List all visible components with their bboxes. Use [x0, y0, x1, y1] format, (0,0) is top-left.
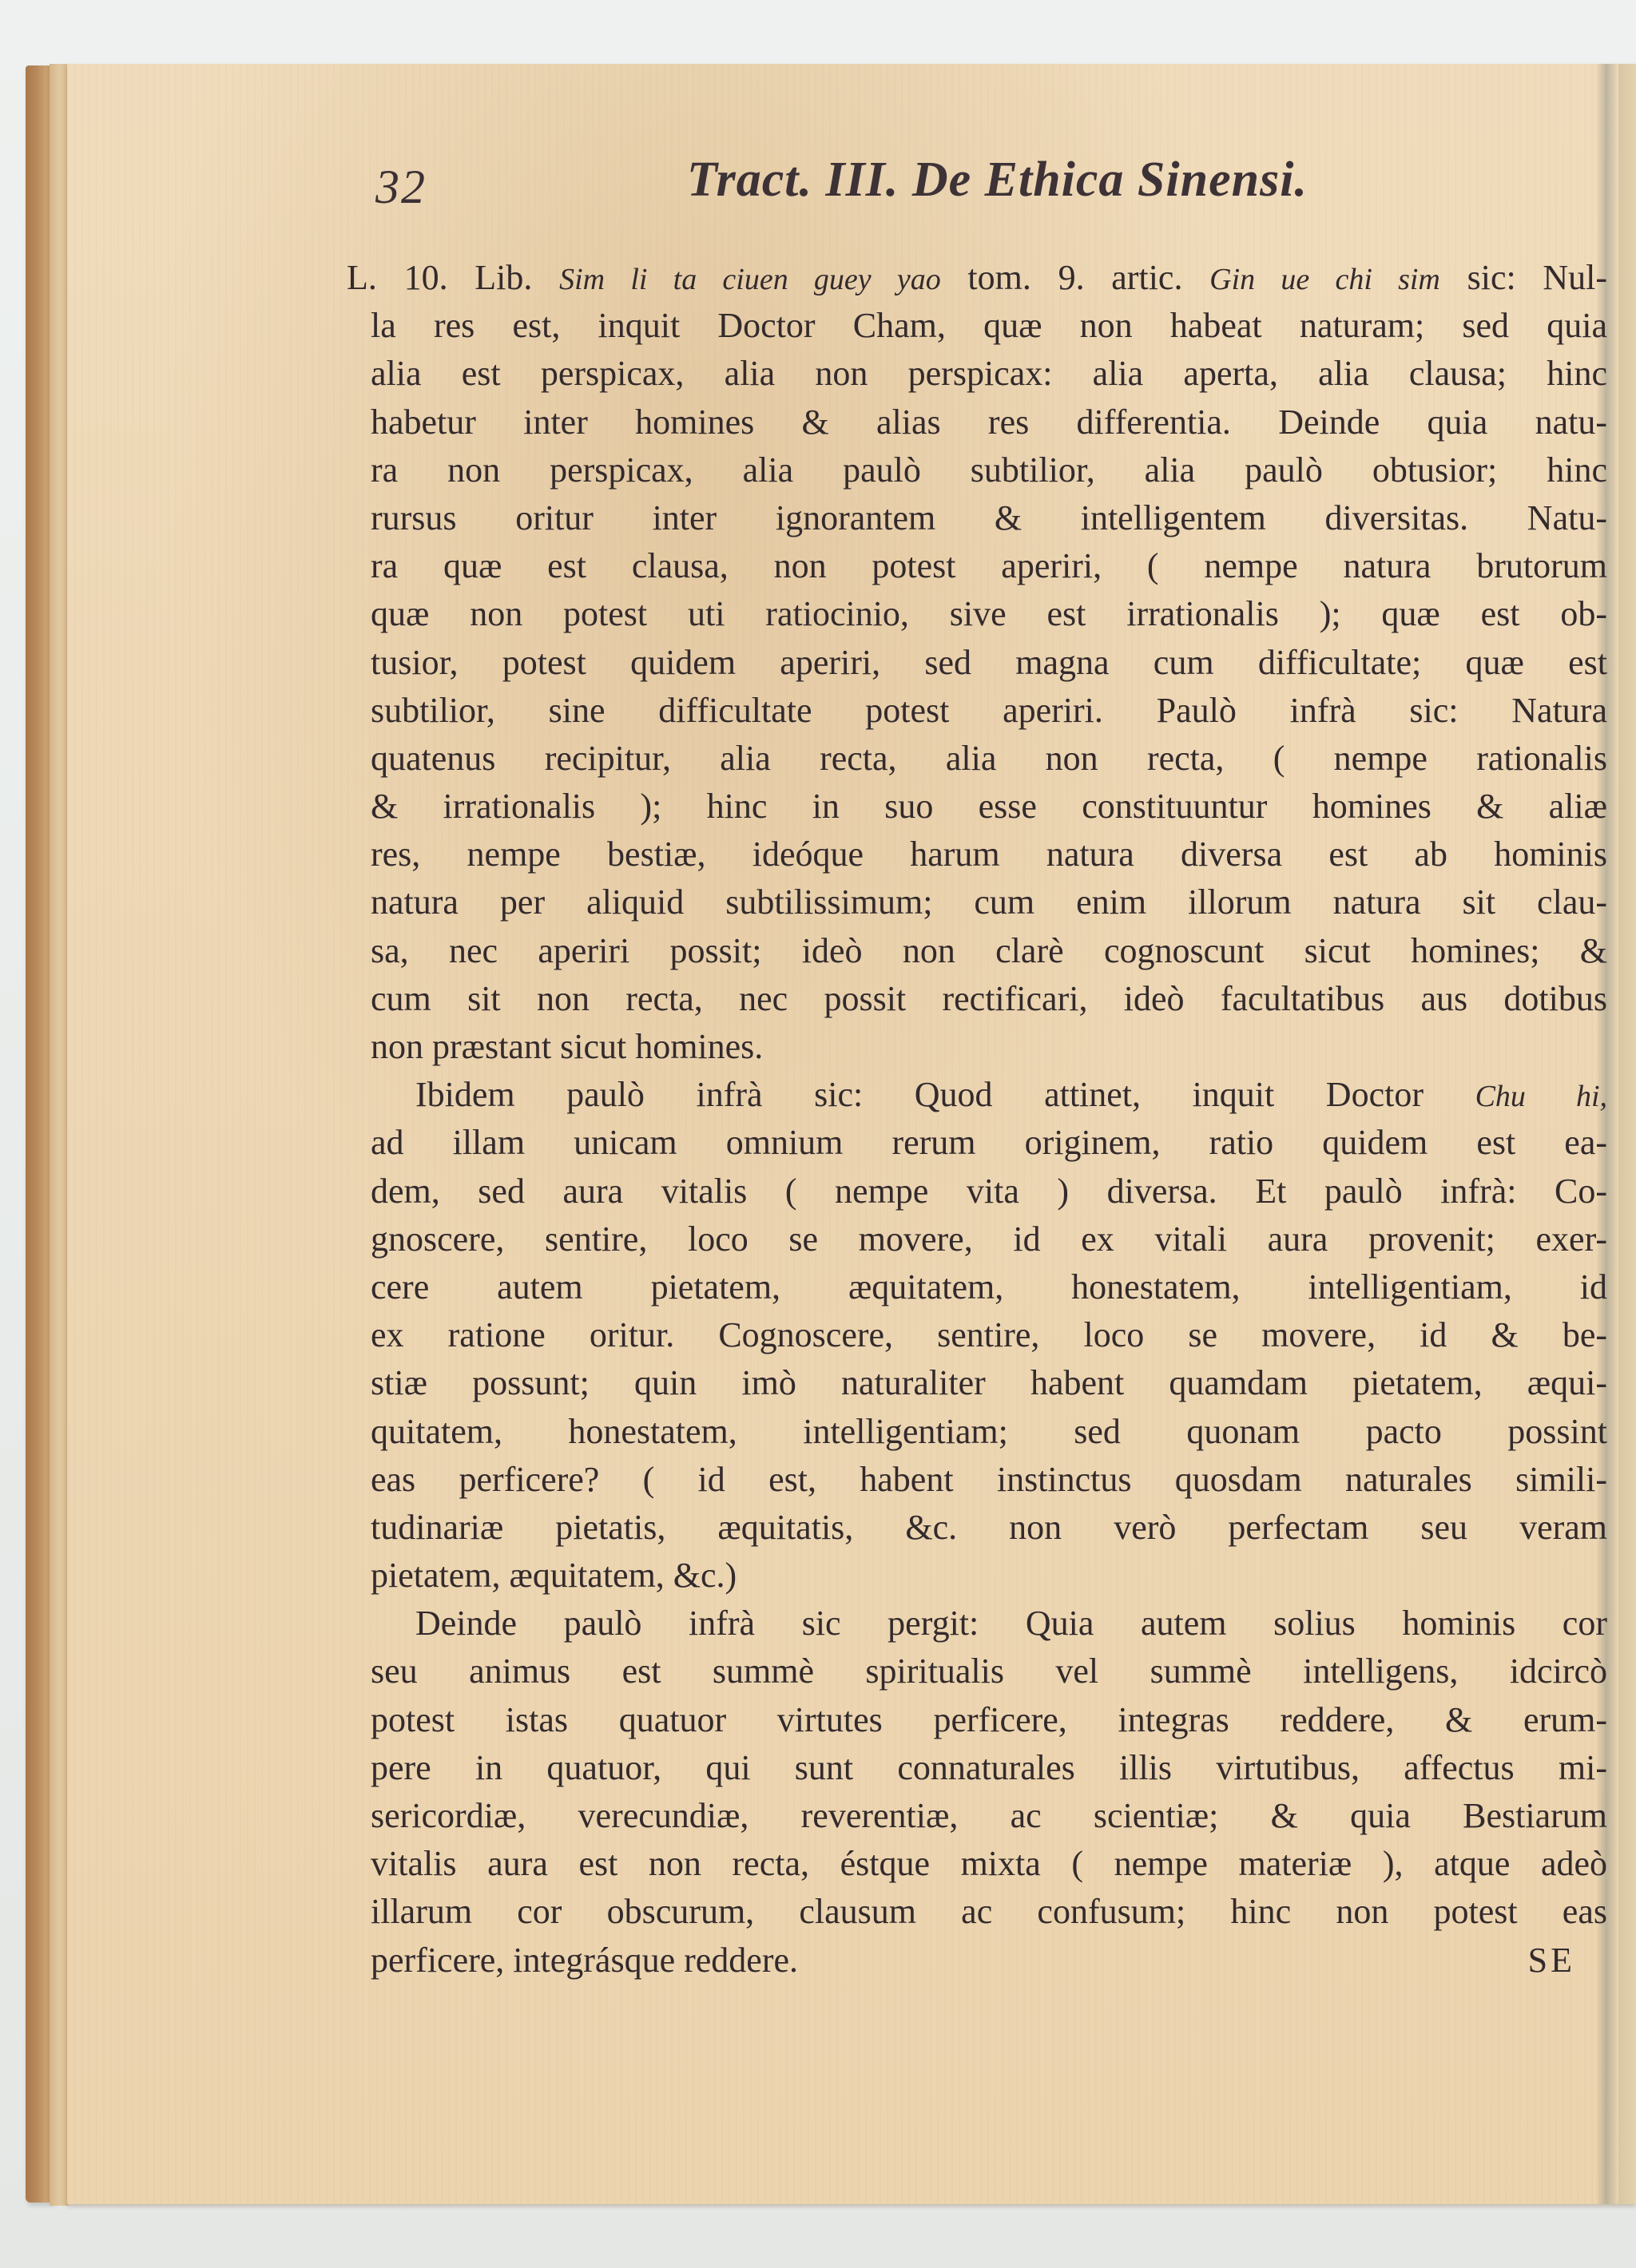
text-line: L. 10. Lib. Sim li ta ciuen guey yao tom… [347, 254, 1607, 302]
text-line: quæ non potest uti ratiocinio, sive est … [371, 590, 1607, 638]
text-line: ra non perspicax, alia paulò subtilior, … [371, 446, 1607, 494]
text-line: pietatem, æquitatem, &c.) [371, 1552, 1607, 1600]
text-line: res, nempe bestiæ, ideóque harum natura … [371, 831, 1607, 878]
final-line-text: perficere, integrásque reddere. [371, 1941, 798, 1980]
book-title: Sim li ta ciuen guey yao [559, 263, 941, 296]
text-line: rursus oritur inter ignorantem & intelli… [371, 494, 1607, 542]
text-line: gnoscere, sentire, loco se movere, id ex… [371, 1215, 1607, 1263]
text-line: subtilior, sine difficultate potest aper… [371, 687, 1607, 735]
article-title: Gin ue chi sim [1209, 263, 1440, 296]
person-name: Chu hi, [1475, 1080, 1607, 1113]
text-line: Deinde paulò infrà sic pergit: Quia aute… [371, 1600, 1607, 1647]
tome-ref: tom. 9. artic. [967, 258, 1182, 297]
text-line: sa, nec aperiri possit; ideò non clarè c… [371, 927, 1607, 975]
text-line: stiæ possunt; quin imò naturaliter haben… [371, 1359, 1607, 1407]
text-line: sericordiæ, verecundiæ, reverentiæ, ac s… [371, 1792, 1607, 1840]
text-line: potest istas quatuor virtutes perficere,… [371, 1696, 1607, 1744]
text-line: vitalis aura est non recta, éstque mixta… [371, 1840, 1607, 1888]
text-line: Ibidem paulò infrà sic: Quod attinet, in… [371, 1071, 1607, 1119]
page-number: 32 [375, 160, 427, 215]
text-line: ra quæ est clausa, non potest aperiri, (… [371, 542, 1607, 590]
text-line: quitatem, honestatem, intelligentiam; se… [371, 1408, 1607, 1456]
body-text: L. 10. Lib. Sim li ta ciuen guey yao tom… [371, 254, 1607, 1985]
text-line: non præstant sicut homines. [371, 1023, 1607, 1071]
citation-ref: L. 10. Lib. [347, 258, 532, 297]
text-line: la res est, inquit Doctor Cham, quæ non … [371, 302, 1607, 350]
page-header: 32 Tract. III. De Ethica Sinensi. [367, 152, 1406, 216]
text-line: cere autem pietatem, æquitatem, honestat… [371, 1263, 1607, 1311]
text-line: alia est perspicax, alia non perspicax: … [371, 350, 1607, 398]
text-line: seu animus est summè spiritualis vel sum… [371, 1647, 1607, 1695]
page-stack-edge [50, 64, 69, 2206]
facing-page-edge [1618, 64, 1636, 2204]
text-line: cum sit non recta, nec possit rectificar… [371, 975, 1607, 1023]
line-rest: sic: Nul- [1467, 258, 1607, 297]
text-line: & irrationalis ); hinc in suo esse const… [371, 783, 1607, 831]
text-line: natura per aliquid subtilissimum; cum en… [371, 878, 1607, 926]
text-line: perficere, integrásque reddere. SE [371, 1937, 1607, 1985]
text-line: eas perficere? ( id est, habent instinct… [371, 1456, 1607, 1504]
text-line: tudinariæ pietatis, æquitatis, &c. non v… [371, 1504, 1607, 1552]
catchword: SE [1528, 1937, 1575, 1985]
running-title: Tract. III. De Ethica Sinensi. [687, 152, 1308, 208]
text-line: illarum cor obscurum, clausum ac confusu… [371, 1888, 1607, 1936]
text-line: tusior, potest quidem aperiri, sed magna… [371, 639, 1607, 687]
text-line: ex ratione oritur. Cognoscere, sentire, … [371, 1311, 1607, 1359]
text-line: quatenus recipitur, alia recta, alia non… [371, 735, 1607, 783]
text-line: dem, sed aura vitalis ( nempe vita ) div… [371, 1168, 1607, 1215]
text-line: pere in quatuor, qui sunt connaturales i… [371, 1744, 1607, 1792]
paragraph-opening: Ibidem paulò infrà sic: Quod attinet, in… [415, 1075, 1424, 1114]
text-line: ad illam unicam omnium rerum originem, r… [371, 1119, 1607, 1167]
text-line: habetur inter homines & alias res differ… [371, 398, 1607, 446]
